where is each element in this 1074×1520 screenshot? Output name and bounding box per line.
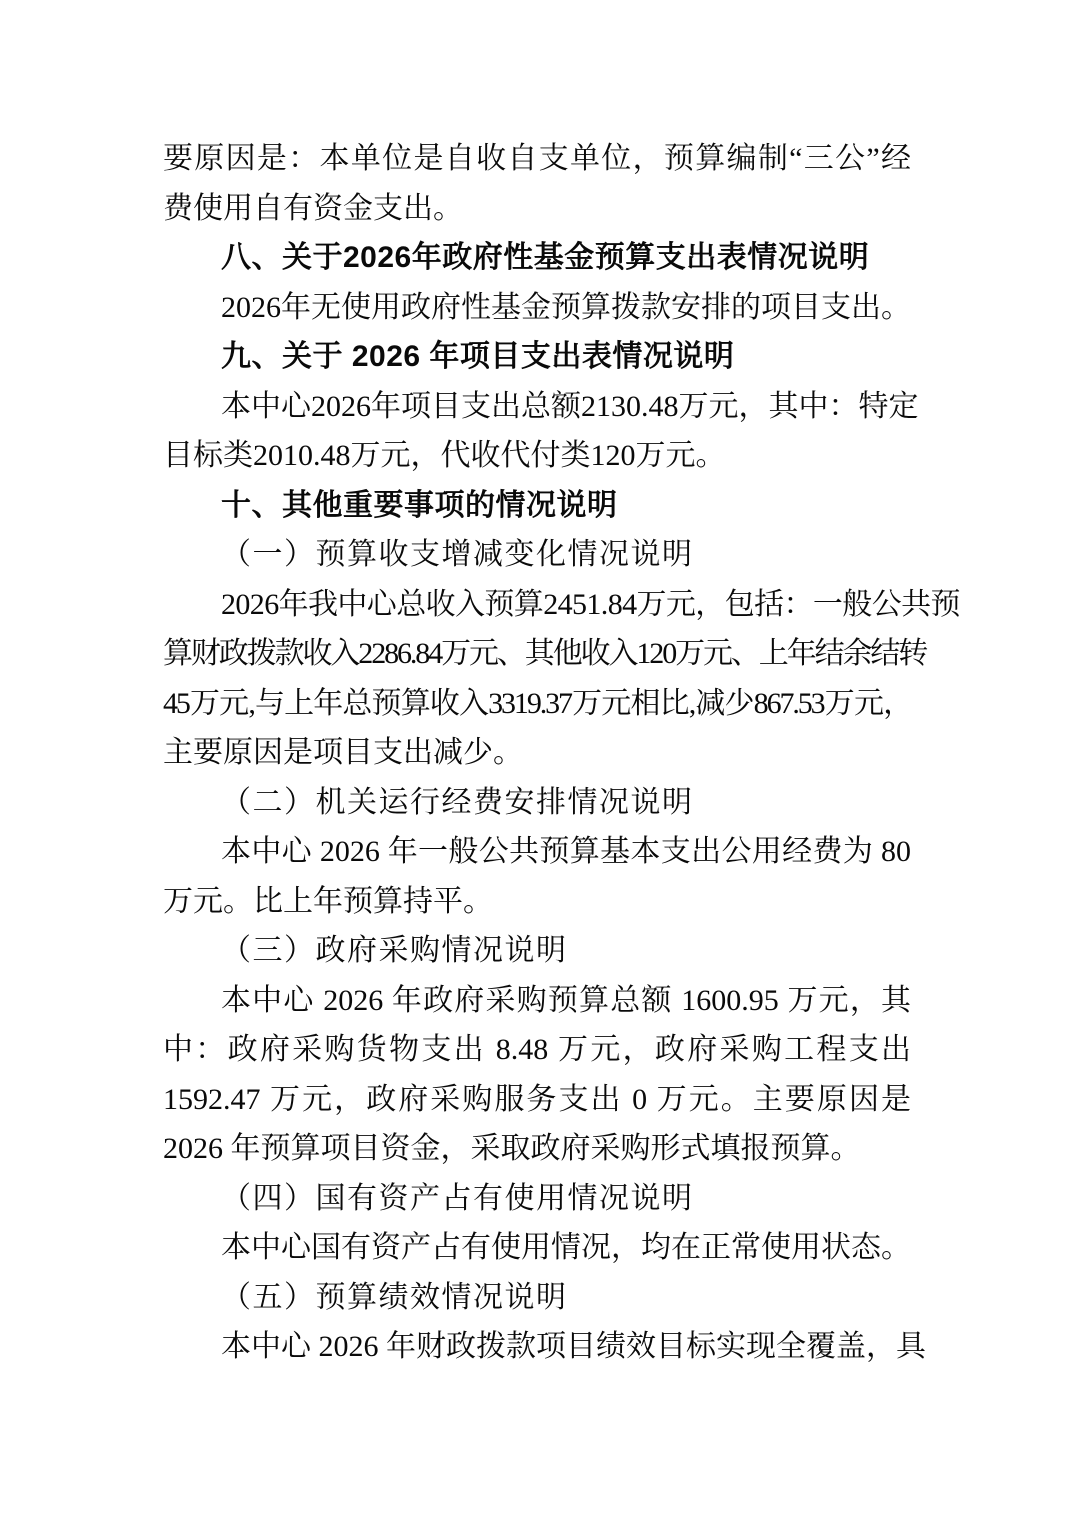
para-project-expenditure-line-1: 本中心2026年项目支出总额2130.48万元，其中：特定 (163, 382, 911, 432)
para-overflow-line-1: 要原因是：本单位是自收自支单位，预算编制“三公”经 (163, 134, 911, 184)
para-procurement-line-2: 中：政府采购货物支出 8.48 万元，政府采购工程支出 (163, 1025, 911, 1075)
para-operating-expense-line-2: 万元。比上年预算持平。 (163, 877, 911, 927)
para-budget-change-line-4: 主要原因是项目支出减少。 (163, 728, 911, 778)
subheading-item-four: （四）国有资产占有使用情况说明 (163, 1174, 911, 1224)
para-state-assets: 本中心国有资产占有使用情况，均在正常使用状态。 (163, 1223, 911, 1273)
para-operating-expense-line-1: 本中心 2026 年一般公共预算基本支出公用经费为 80 (163, 827, 911, 877)
subheading-item-two: （二）机关运行经费安排情况说明 (163, 778, 911, 828)
subheading-item-one: （一）预算收支增减变化情况说明 (163, 530, 911, 580)
document-page: 要原因是：本单位是自收自支单位，预算编制“三公”经 费使用自有资金支出。 八、关… (0, 0, 1074, 1520)
para-overflow-line-2: 费使用自有资金支出。 (163, 184, 911, 234)
para-procurement-line-1: 本中心 2026 年政府采购预算总额 1600.95 万元，其 (163, 976, 911, 1026)
subheading-item-five: （五）预算绩效情况说明 (163, 1273, 911, 1323)
para-gov-fund: 2026年无使用政府性基金预算拨款安排的项目支出。 (163, 283, 911, 333)
para-budget-change-line-3: 45万元,与上年总预算收入3319.37万元相比,减少867.53万元， (163, 679, 911, 729)
heading-section-nine: 九、关于 2026 年项目支出表情况说明 (163, 332, 911, 382)
subheading-item-three: （三）政府采购情况说明 (163, 926, 911, 976)
para-procurement-line-3: 1592.47 万元，政府采购服务支出 0 万元。主要原因是 (163, 1075, 911, 1125)
para-budget-change-line-1: 2026年我中心总收入预算2451.84万元，包括：一般公共预 (163, 580, 911, 630)
heading-section-eight: 八、关于2026年政府性基金预算支出表情况说明 (163, 233, 911, 283)
heading-section-ten: 十、其他重要事项的情况说明 (163, 481, 911, 531)
para-project-expenditure-line-2: 目标类2010.48万元，代收代付类120万元。 (163, 431, 911, 481)
document-text-block: 要原因是：本单位是自收自支单位，预算编制“三公”经 费使用自有资金支出。 八、关… (163, 134, 911, 1372)
para-performance-line-1: 本中心 2026 年财政拨款项目绩效目标实现全覆盖，具 (163, 1322, 911, 1372)
para-budget-change-line-2: 算财政拨款收入2286.84万元、其他收入120万元、上年结余结转 (163, 629, 911, 679)
para-procurement-line-4: 2026 年预算项目资金，采取政府采购形式填报预算。 (163, 1124, 911, 1174)
